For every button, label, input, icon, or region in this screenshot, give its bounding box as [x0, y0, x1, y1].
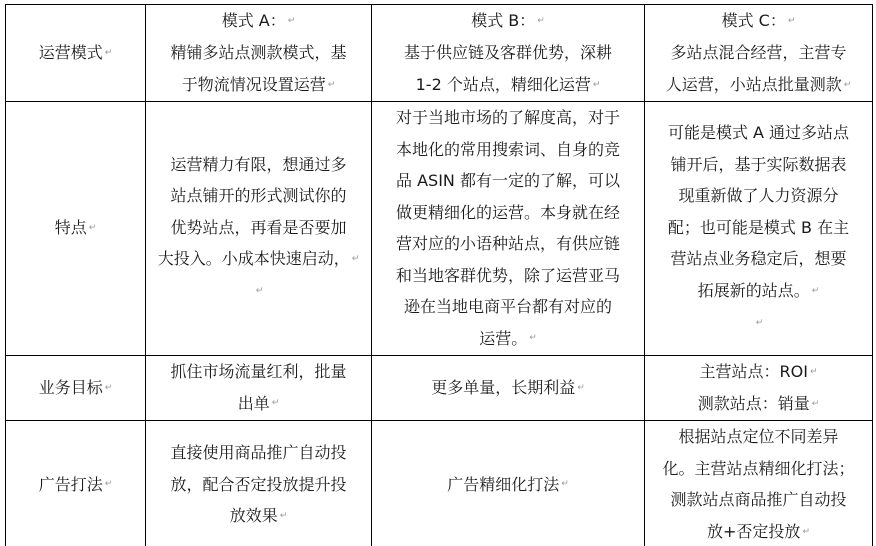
paragraph-mark-icon: ↵	[756, 318, 764, 328]
row-label-cell: 运营模式↵	[6, 5, 146, 102]
row-label-cell: 特点↵	[6, 102, 146, 356]
mode-b-cell: 对于当地市场的了解度高，对于 本地化的常用搜索词、自身的竞 品 ASIN 都有一…	[372, 102, 645, 356]
paragraph-mark-icon: ↵	[328, 80, 336, 90]
paragraph-mark-icon: ↵	[788, 16, 796, 26]
cell-text: 主营站点：ROI	[700, 362, 808, 381]
paragraph-mark-icon: ↵	[537, 16, 545, 26]
mode-b-cell: 模式 B：↵ 基于供应链及客群优势，深耕 1-2 个站点，精细化运营↵	[372, 5, 645, 102]
row-label: 广告打法	[39, 475, 103, 494]
cell-text: 广告精细化打法	[447, 475, 559, 494]
mode-c-cell: 可能是模式 A 通过多站点 铺开后，基于实际数据表 现重新做了人力资源分 配；也…	[645, 102, 873, 356]
table-row-ad-strategy: 广告打法↵ 直接使用商品推广自动投 放，配合否定投放提升投 放效果↵ 广告精细化…	[6, 421, 873, 546]
paragraph-mark-icon: ↵	[529, 333, 537, 343]
cell-text: 测款站点：销量	[698, 394, 810, 413]
mode-b-cell: 更多单量，长期利益↵	[372, 355, 645, 421]
cell-text: 大投入。小成本快速启动，	[158, 249, 350, 268]
cell-text: 本地化的常用搜索词、自身的竞	[378, 134, 638, 166]
paragraph-mark-icon: ↵	[272, 398, 280, 408]
paragraph-mark-icon: ↵	[844, 80, 852, 90]
mode-c-cell: 根据站点定位不同差异 化。主营站点精细化打法； 测款站点商品推广自动投 放+否定…	[645, 421, 873, 546]
comparison-table: 运营模式↵ 模式 A：↵ 精铺多站点测款模式，基 于物流情况设置运营↵ 模式 B…	[5, 4, 873, 546]
cell-text: 更多单量，长期利益	[431, 378, 575, 397]
cell-text: 和当地客群优势，除了运营亚马	[378, 260, 638, 292]
cell-text: 基于供应链及客群优势，深耕	[378, 37, 638, 69]
paragraph-mark-icon: ↵	[593, 80, 601, 90]
paragraph-mark-icon: ↵	[352, 254, 360, 264]
cell-text: 于物流情况设置运营	[182, 75, 326, 94]
cell-text: 优势站点，再看是否要加	[152, 212, 365, 244]
paragraph-mark-icon: ↵	[105, 479, 113, 489]
mode-c-cell: 模式 C：↵ 多站点混合经营，主营专 人运营，小站点批量测款↵	[645, 5, 873, 102]
cell-text: 出单	[238, 394, 270, 413]
mode-a-cell: 直接使用商品推广自动投 放，配合否定投放提升投 放效果↵	[146, 421, 372, 546]
cell-text: 1-2 个站点，精细化运营	[416, 75, 591, 94]
cell-text: 运营精力有限，想通过多	[152, 149, 365, 181]
table-row-features: 特点↵ 运营精力有限，想通过多 站点铺开的形式测试你的 优势站点，再看是否要加 …	[6, 102, 873, 356]
cell-text: 模式 C：	[722, 11, 786, 30]
cell-text: 站点铺开的形式测试你的	[152, 180, 365, 212]
cell-text: 抓住市场流量红利，批量	[152, 356, 365, 388]
cell-text: 配；也可能是模式 B 在主	[651, 212, 866, 244]
cell-text: 直接使用商品推广自动投	[152, 437, 365, 469]
mode-b-cell: 广告精细化打法↵	[372, 421, 645, 546]
paragraph-mark-icon: ↵	[288, 16, 296, 26]
cell-text: 品 ASIN 都有一定的了解，可以	[378, 165, 638, 197]
cell-text: 拓展新的站点。	[698, 281, 810, 300]
cell-text: 可能是模式 A 通过多站点	[651, 117, 866, 149]
cell-text: 模式 A：	[222, 11, 286, 30]
cell-text: 现重新做了人力资源分	[651, 180, 866, 212]
mode-a-cell: 运营精力有限，想通过多 站点铺开的形式测试你的 优势站点，再看是否要加 大投入。…	[146, 102, 372, 356]
paragraph-mark-icon: ↵	[280, 511, 288, 521]
cell-text: 根据站点定位不同差异	[651, 421, 866, 453]
cell-text: 精铺多站点测款模式，基	[152, 37, 365, 69]
row-label: 业务目标	[39, 378, 103, 397]
paragraph-mark-icon: ↵	[89, 223, 97, 233]
paragraph-mark-icon: ↵	[812, 399, 820, 409]
cell-text: 多站点混合经营，主营专	[651, 37, 866, 69]
cell-text: 营对应的小语种站点，有供应链	[378, 228, 638, 260]
cell-text: 运营。	[479, 329, 527, 348]
cell-text: 测款站点商品推广自动投	[651, 484, 866, 516]
cell-text: 放效果	[230, 506, 278, 525]
paragraph-mark-icon: ↵	[810, 367, 818, 377]
cell-text: 模式 B：	[471, 11, 535, 30]
paragraph-mark-icon: ↵	[105, 383, 113, 393]
cell-text: 化。主营站点精细化打法；	[651, 453, 866, 485]
mode-c-cell: 主营站点：ROI↵ 测款站点：销量↵	[645, 355, 873, 421]
paragraph-mark-icon: ↵	[256, 286, 264, 296]
paragraph-mark-icon: ↵	[577, 383, 585, 393]
table-row-operation-mode: 运营模式↵ 模式 A：↵ 精铺多站点测款模式，基 于物流情况设置运营↵ 模式 B…	[6, 5, 873, 102]
cell-text: 对于当地市场的了解度高，对于	[378, 102, 638, 134]
paragraph-mark-icon: ↵	[802, 527, 810, 537]
cell-text: 营站点业务稳定后，想要	[651, 243, 866, 275]
row-label-cell: 广告打法↵	[6, 421, 146, 546]
row-label: 特点	[55, 218, 87, 237]
paragraph-mark-icon: ↵	[105, 48, 113, 58]
table-row-business-goal: 业务目标↵ 抓住市场流量红利，批量 出单↵ 更多单量，长期利益↵ 主营站点：RO…	[6, 355, 873, 421]
row-label-cell: 业务目标↵	[6, 355, 146, 421]
mode-a-cell: 抓住市场流量红利，批量 出单↵	[146, 355, 372, 421]
row-label: 运营模式	[39, 43, 103, 62]
cell-text: 逊在当地电商平台都有对应的	[378, 291, 638, 323]
cell-text: 放+否定投放	[707, 522, 800, 541]
cell-text: 铺开后，基于实际数据表	[651, 149, 866, 181]
paragraph-mark-icon: ↵	[812, 286, 820, 296]
mode-a-cell: 模式 A：↵ 精铺多站点测款模式，基 于物流情况设置运营↵	[146, 5, 372, 102]
cell-text: 放，配合否定投放提升投	[152, 469, 365, 501]
cell-text: 人运营，小站点批量测款	[666, 75, 842, 94]
paragraph-mark-icon: ↵	[561, 479, 569, 489]
cell-text: 做更精细化的运营。本身就在经	[378, 197, 638, 229]
